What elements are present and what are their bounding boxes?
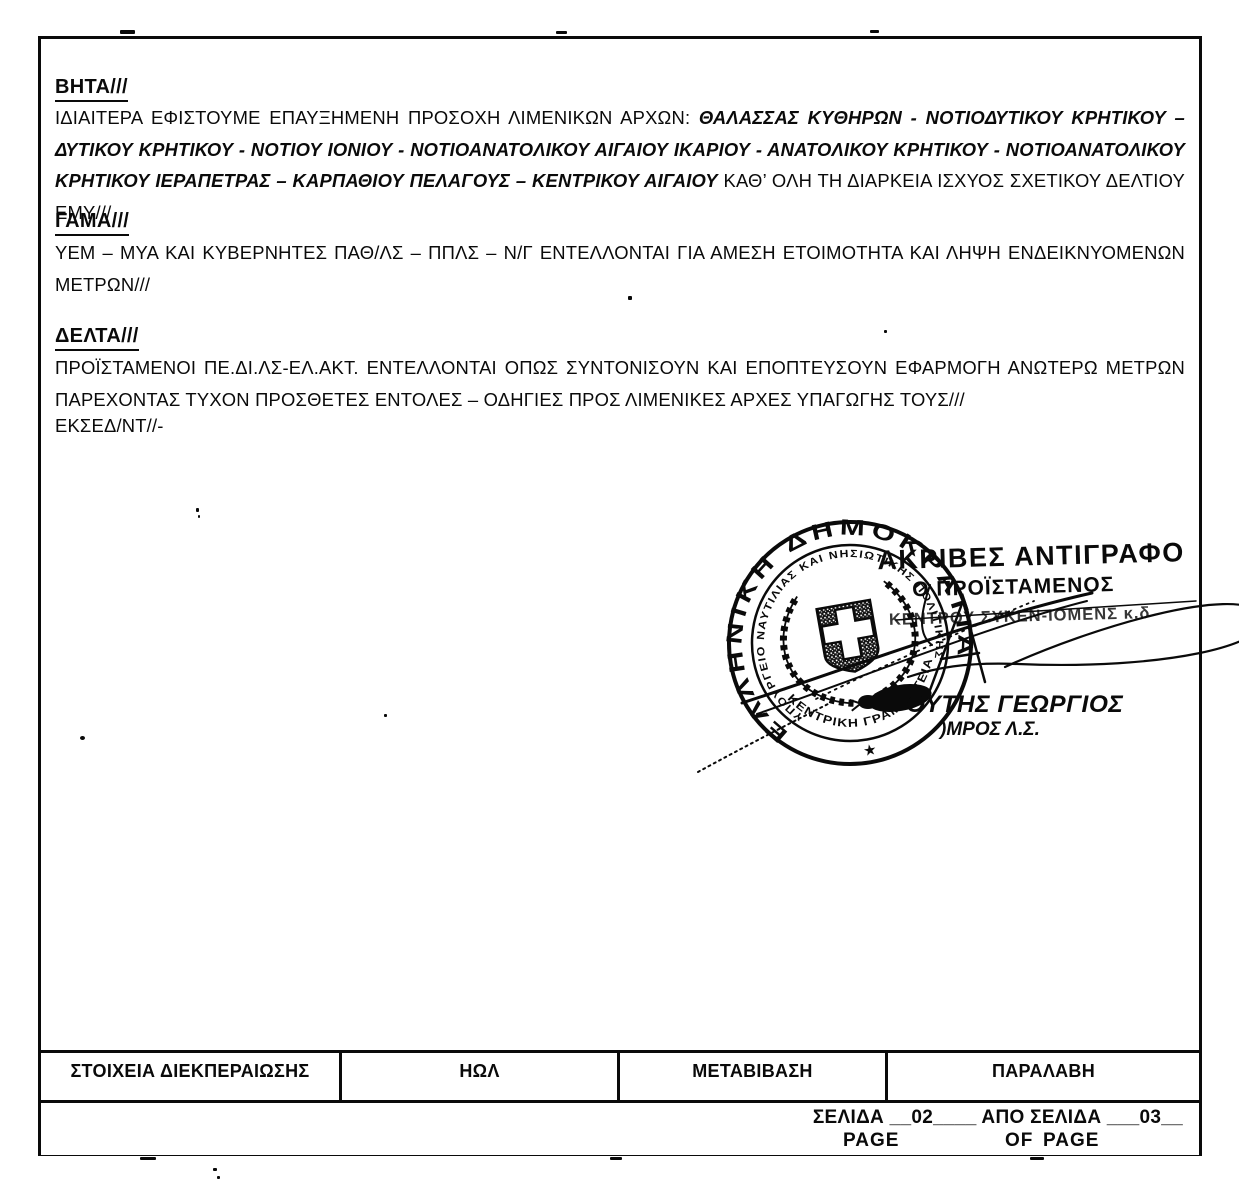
scan-speck [556,31,567,34]
text-run: ΥΕΜ – ΜΥΑ ΚΑΙ ΚΥΒΕΡΝΗΤΕΣ ΠΑΘ/ΛΣ – ΠΠΛΣ –… [55,242,1185,295]
page-label-en: PAGE [843,1130,899,1152]
round-seal: ΕΛΛΗΝΙΚΗ ΔΗΜΟΚΡΑΤΙΑ ΥΠΟΥΡΓΕΙΟ ΝΑΥΤΙΛΙΑΣ … [701,494,997,784]
section-heading-gama: ΓΑΜΑ/// [55,210,129,236]
signer-rank-text: )ΜΡΟΣ Λ.Σ. [938,719,1040,740]
scan-speck [884,330,887,333]
paragraph-bhta: ΙΔΙΑΙΤΕΡΑ ΕΦΙΣΤΟΥΜΕ ΕΠΑΥΞΗΜΕΝΗ ΠΡΟΣΟΧΗ Λ… [55,102,1185,228]
scan-speck [610,1157,622,1160]
page-number-line-greek: ΣΕΛΙΔΑ __02____ ΑΠΟ ΣΕΛΙΔΑ ___03__ [813,1107,1183,1129]
footer-page-row: ΣΕΛΙΔΑ __02____ ΑΠΟ ΣΕΛΙΔΑ ___03__ PAGE … [41,1103,1199,1155]
scan-speck [80,736,85,740]
section-heading-bhta-label: ΒΗΤΑ/// [55,76,128,102]
certify-role-text: Ο ΠΡΟΪΣΤΑΜΕΝΟΣ [912,573,1115,601]
footer-col-hol: ΗΩΛ [342,1053,620,1100]
stamp-and-signature-block: ΕΛΛΗΝΙΚΗ ΔΗΜΟΚΡΑΤΙΑ ΥΠΟΥΡΓΕΙΟ ΝΑΥΤΙΛΙΑΣ … [660,490,1239,810]
section-heading-bhta: ΒΗΤΑ/// [55,76,128,102]
signer-block: ΟΥΤΗΣ ΓΕΩΡΓΙΟΣ )ΜΡΟΣ Λ.Σ. [906,691,1123,740]
scan-speck [213,1168,217,1171]
seal-star-icon: ★ [862,740,878,760]
scan-speck [198,515,200,518]
section-heading-delta: ΔΕΛΤΑ/// [55,325,139,351]
greek-cross-shield-icon [817,600,882,676]
scan-speck [217,1176,220,1179]
signer-name-text: ΟΥΤΗΣ ΓΕΩΡΓΙΟΣ [906,691,1123,718]
of-label-en: OF [1005,1130,1033,1152]
paragraph-gama: ΥΕΜ – ΜΥΑ ΚΑΙ ΚΥΒΕΡΝΗΤΕΣ ΠΑΘ/ΛΣ – ΠΠΛΣ –… [55,237,1185,300]
footer-col-dispatch-details: ΣΤΟΙΧΕΙΑ ΔΙΕΚΠΕΡΑΙΩΣΗΣ [41,1053,342,1100]
section-heading-gama-label: ΓΑΜΑ/// [55,210,129,236]
closing-line: ΕΚΣΕΔ/ΝΤ//- [55,415,164,437]
certification-text-block: ΑΚΡΙΒΕΣ ΑΝΤΙΓΡΑΦΟ Ο ΠΡΟΪΣΤΑΜΕΝΟΣ ΚΕΝΤΡΟΥ… [877,537,1186,629]
paragraph-delta: ΠΡΟΪΣΤΑΜΕΝΟΙ ΠΕ.ΔΙ.ΛΣ-ΕΛ.ΑΚΤ. ΕΝΤΕΛΛΟΝΤΑ… [55,352,1185,415]
scanned-document: { "colors": { "ink": "#0a0a0a", "paper":… [0,0,1239,1183]
scan-speck [140,1157,156,1160]
page-label-en-2: PAGE [1043,1130,1099,1152]
scan-speck [120,30,135,34]
scan-speck [196,508,199,512]
section-heading-delta-label: ΔΕΛΤΑ/// [55,325,139,351]
footer-header-row: ΣΤΟΙΧΕΙΑ ΔΙΕΚΠΕΡΑΙΩΣΗΣ ΗΩΛ ΜΕΤΑΒΙΒΑΣΗ ΠΑ… [41,1050,1199,1103]
text-run: ΠΡΟΪΣΤΑΜΕΝΟΙ ΠΕ.ΔΙ.ΛΣ-ΕΛ.ΑΚΤ. ΕΝΤΕΛΛΟΝΤΑ… [55,357,1185,410]
text-run: ΙΔΙΑΙΤΕΡΑ ΕΦΙΣΤΟΥΜΕ ΕΠΑΥΞΗΜΕΝΗ ΠΡΟΣΟΧΗ Λ… [55,107,699,128]
scan-speck [1030,1157,1044,1160]
scan-speck [384,714,387,717]
footer-col-transmission: ΜΕΤΑΒΙΒΑΣΗ [620,1053,888,1100]
footer-col-receipt: ΠΑΡΑΛΑΒΗ [888,1053,1199,1100]
scan-speck [870,30,879,33]
